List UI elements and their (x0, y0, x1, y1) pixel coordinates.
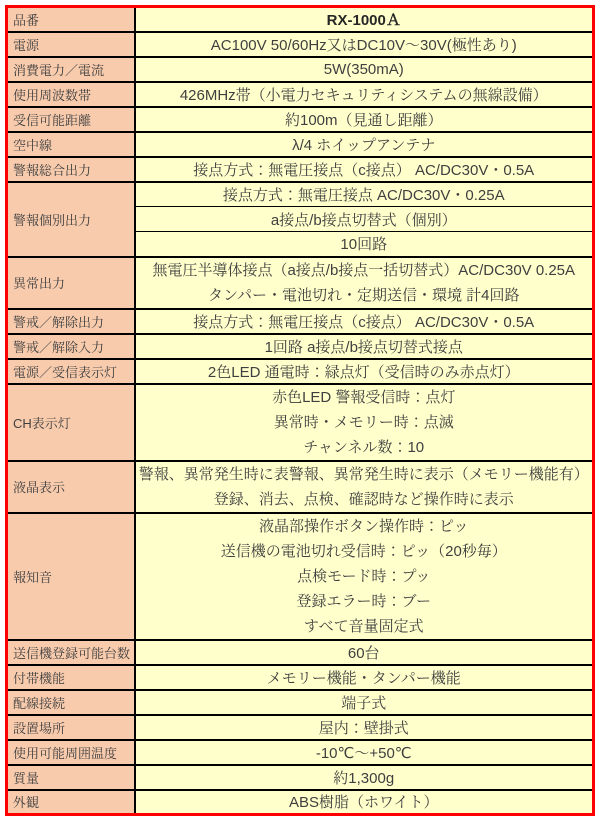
row-value: メモリー機能・タンパー機能 (135, 665, 594, 690)
table-row: 警戒／解除入力 1回路 a接点/b接点切替式接点 (7, 334, 594, 359)
row-value: 2色LED 通電時：緑点灯（受信時のみ赤点灯） (135, 359, 594, 384)
row-value: 1回路 a接点/b接点切替式接点 (135, 334, 594, 359)
row-value-line: 警報、異常発生時に表警報、異常発生時に表示（メモリー機能有） (136, 462, 593, 487)
row-value-line: タンパー・電池切れ・定期送信・環境 計4回路 (136, 283, 593, 308)
table-row: 報知音 液晶部操作ボタン操作時：ピッ 送信機の電池切れ受信時：ピッ（20秒毎） … (7, 513, 594, 640)
row-value-line: 赤色LED 警報受信時：点灯 (136, 385, 593, 410)
table-row: 電源／受信表示灯 2色LED 通電時：緑点灯（受信時のみ赤点灯） (7, 359, 594, 384)
row-label: 報知音 (7, 513, 135, 640)
table-row: 異常出力 無電圧半導体接点（a接点/b接点一括切替式）AC/DC30V 0.25… (7, 257, 594, 309)
row-label: 消費電力／電流 (7, 57, 135, 82)
row-value-line: 登録、消去、点検、確認時など操作時に表示 (136, 487, 593, 512)
row-value: 426MHz帯（小電力セキュリティシステムの無線設備） (135, 82, 594, 107)
row-label: 受信可能距離 (7, 107, 135, 132)
row-label: 使用可能周囲温度 (7, 740, 135, 765)
row-label: 使用周波数帯 (7, 82, 135, 107)
row-value-line: 登録エラー時：ブー (136, 589, 593, 614)
table-row: 品番 RX-1000Ａ (7, 7, 594, 32)
row-value-line: 異常時・メモリー時：点滅 (136, 410, 593, 435)
row-value: 液晶部操作ボタン操作時：ピッ 送信機の電池切れ受信時：ピッ（20秒毎） 点検モー… (135, 513, 594, 640)
row-value: ABS樹脂（ホワイト） (135, 790, 594, 815)
row-value: 警報、異常発生時に表警報、異常発生時に表示（メモリー機能有） 登録、消去、点検、… (135, 461, 594, 513)
row-label: 異常出力 (7, 257, 135, 309)
table-row: 受信可能距離 約100m（見通し距離） (7, 107, 594, 132)
table-row: 質量 約1,300g (7, 765, 594, 790)
row-value: 約1,300g (135, 765, 594, 790)
row-value: 接点方式：無電圧接点（c接点） AC/DC30V・0.5A (135, 157, 594, 182)
row-value: RX-1000Ａ (135, 7, 594, 32)
table-row: 警報個別出力 接点方式：無電圧接点 AC/DC30V・0.25A (7, 182, 594, 207)
row-value-line: チャンネル数：10 (136, 435, 593, 460)
row-label: 警戒／解除入力 (7, 334, 135, 359)
row-label: 付帯機能 (7, 665, 135, 690)
row-label: 電源 (7, 32, 135, 57)
row-value-line: 送信機の電池切れ受信時：ピッ（20秒毎） (136, 539, 593, 564)
table-row: 配線接続 端子式 (7, 690, 594, 715)
row-label: 警報個別出力 (7, 182, 135, 257)
table-row: 使用可能周囲温度 -10℃～+50℃ (7, 740, 594, 765)
table-row: 空中線 λ/4 ホイップアンテナ (7, 132, 594, 157)
row-label: 外観 (7, 790, 135, 815)
row-value: 10回路 (135, 232, 594, 257)
row-label: 配線接続 (7, 690, 135, 715)
table-row: 警戒／解除出力 接点方式：無電圧接点（c接点） AC/DC30V・0.5A (7, 309, 594, 334)
row-value: AC100V 50/60Hz又はDC10V～30V(極性あり) (135, 32, 594, 57)
row-value: a接点/b接点切替式（個別） (135, 207, 594, 232)
row-value-line: 液晶部操作ボタン操作時：ピッ (136, 514, 593, 539)
table-row: CH表示灯 赤色LED 警報受信時：点灯 異常時・メモリー時：点滅 チャンネル数… (7, 384, 594, 461)
row-label: 空中線 (7, 132, 135, 157)
table-row: 送信機登録可能台数 60台 (7, 640, 594, 665)
row-value: -10℃～+50℃ (135, 740, 594, 765)
table-row: 設置場所 屋内：壁掛式 (7, 715, 594, 740)
row-label: 設置場所 (7, 715, 135, 740)
row-value: 接点方式：無電圧接点（c接点） AC/DC30V・0.5A (135, 309, 594, 334)
row-label: 品番 (7, 7, 135, 32)
spec-table: 品番 RX-1000Ａ 電源 AC100V 50/60Hz又はDC10V～30V… (5, 5, 595, 816)
row-label: 警戒／解除出力 (7, 309, 135, 334)
table-row: 外観 ABS樹脂（ホワイト） (7, 790, 594, 815)
row-label: 液晶表示 (7, 461, 135, 513)
row-value: 屋内：壁掛式 (135, 715, 594, 740)
row-label: 送信機登録可能台数 (7, 640, 135, 665)
spec-sheet: 品番 RX-1000Ａ 電源 AC100V 50/60Hz又はDC10V～30V… (0, 0, 600, 821)
row-value: 無電圧半導体接点（a接点/b接点一括切替式）AC/DC30V 0.25A タンパ… (135, 257, 594, 309)
row-value-line: 点検モード時：プッ (136, 564, 593, 589)
row-value-line: 無電圧半導体接点（a接点/b接点一括切替式）AC/DC30V 0.25A (136, 258, 593, 283)
table-row: 使用周波数帯 426MHz帯（小電力セキュリティシステムの無線設備） (7, 82, 594, 107)
row-value: 60台 (135, 640, 594, 665)
row-value: 5W(350mA) (135, 57, 594, 82)
table-row: 液晶表示 警報、異常発生時に表警報、異常発生時に表示（メモリー機能有） 登録、消… (7, 461, 594, 513)
table-row: 警報総合出力 接点方式：無電圧接点（c接点） AC/DC30V・0.5A (7, 157, 594, 182)
row-value: 約100m（見通し距離） (135, 107, 594, 132)
row-value: λ/4 ホイップアンテナ (135, 132, 594, 157)
row-value: 接点方式：無電圧接点 AC/DC30V・0.25A (135, 182, 594, 207)
table-row: 電源 AC100V 50/60Hz又はDC10V～30V(極性あり) (7, 32, 594, 57)
row-value-line: すべて音量固定式 (136, 614, 593, 639)
row-value: 赤色LED 警報受信時：点灯 異常時・メモリー時：点滅 チャンネル数：10 (135, 384, 594, 461)
row-label: CH表示灯 (7, 384, 135, 461)
row-label: 警報総合出力 (7, 157, 135, 182)
row-label: 質量 (7, 765, 135, 790)
row-label: 電源／受信表示灯 (7, 359, 135, 384)
table-row: 消費電力／電流 5W(350mA) (7, 57, 594, 82)
row-value: 端子式 (135, 690, 594, 715)
table-row: 付帯機能 メモリー機能・タンパー機能 (7, 665, 594, 690)
